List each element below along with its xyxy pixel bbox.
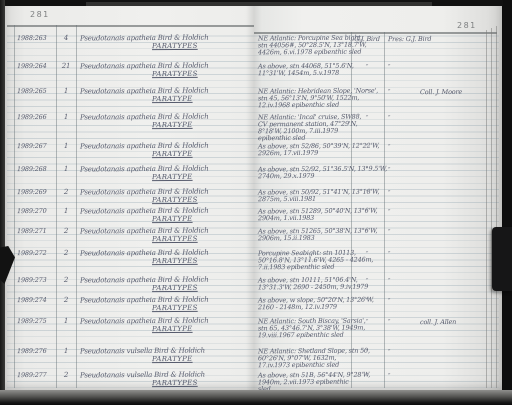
presented-entry: ″ xyxy=(388,229,390,236)
registration-number: 1989:270 xyxy=(17,208,47,215)
desk-surface-bottom xyxy=(0,390,512,405)
presented-entry: ″ xyxy=(388,144,390,151)
collector-entry: ″ xyxy=(352,89,382,96)
registration-number: 1989:275 xyxy=(17,318,47,325)
collector-entry: ″ xyxy=(352,144,382,151)
type-status-label: PARATYPE xyxy=(152,174,193,181)
type-status-label: PARATYPE xyxy=(152,122,193,129)
presented-col-rule xyxy=(384,32,385,388)
margin-note: Coll. J. Moore xyxy=(420,89,462,96)
specimen-count: 2 xyxy=(58,277,74,284)
presented-entry: ″ xyxy=(388,278,390,285)
locality-line: epibenthic sled xyxy=(258,135,305,142)
specimen-count: 2 xyxy=(58,372,74,379)
locality-line: 4426m, 6.vi.1978 epibenthic sled xyxy=(258,49,361,57)
register-photo: 281 281 1988:2634Pseudotanais apatheia B… xyxy=(0,0,512,405)
registration-number: 1989:274 xyxy=(17,297,47,304)
presented-entry: ″ xyxy=(388,373,390,380)
presented-entry: ″ xyxy=(388,190,390,197)
margin-note: coll. J. Allen xyxy=(420,319,456,326)
registration-number: 1989:273 xyxy=(17,277,47,284)
specimen-count: 1 xyxy=(58,166,74,173)
registration-number: 1989:269 xyxy=(17,189,47,196)
presented-entry: ″ xyxy=(388,89,390,96)
specimen-count: 1 xyxy=(58,88,74,95)
collector-entry: ″ xyxy=(352,167,382,174)
registration-number: 1989:272 xyxy=(17,250,47,257)
collector-entry: ″ xyxy=(352,64,382,71)
collector-entry: G.J. Bird xyxy=(352,36,382,43)
specimen-count: 1 xyxy=(58,114,74,121)
count-col-rule-a xyxy=(56,25,57,388)
presented-entry: ″ xyxy=(388,209,390,216)
registration-number: 1989:271 xyxy=(17,228,47,235)
count-col-rule-b xyxy=(76,25,77,388)
type-status-label: PARATYPES xyxy=(152,197,198,204)
collector-entry: ″ xyxy=(352,298,382,305)
registration-number: 1989:267 xyxy=(17,143,47,150)
left-margin-rule xyxy=(14,25,15,388)
collector-entry: ″ xyxy=(352,319,382,326)
specimen-count: 1 xyxy=(58,143,74,150)
specimen-count: 1 xyxy=(58,208,74,215)
presented-entry: ″ xyxy=(388,167,390,174)
locality-line: 2926m, 17.vii.1979 xyxy=(258,150,318,157)
left-page-number: 281 xyxy=(30,10,50,19)
specimen-count: 2 xyxy=(58,189,74,196)
book-top-edge xyxy=(86,2,432,6)
type-status-label: PARATYPES xyxy=(152,380,198,387)
presented-entry: ″ xyxy=(388,64,390,71)
locality-line: 12.iv.1968 epibenthic sled xyxy=(258,102,339,110)
type-status-label: PARATYPE xyxy=(152,326,193,333)
left-header-rule xyxy=(7,25,254,27)
presented-entry: Pres: G.J. Bird xyxy=(388,36,431,43)
specimen-count: 4 xyxy=(58,35,74,42)
collector-entry: ″ xyxy=(352,278,382,285)
type-status-label: PARATYPE xyxy=(152,96,193,103)
locality-line: 2906m, 15.ii.1983 xyxy=(258,235,315,242)
presented-entry: ″ xyxy=(388,319,390,326)
type-status-label: PARATYPE xyxy=(152,356,193,363)
collector-entry: ″ xyxy=(352,190,382,197)
collector-entry: ″ xyxy=(352,209,382,216)
presented-entry: ″ xyxy=(388,298,390,305)
type-status-label: PARATYPE xyxy=(152,216,193,223)
locality-line: 2740m, 29.x.1979 xyxy=(258,173,314,180)
registration-number: 1988:263 xyxy=(17,35,47,42)
specimen-count: 2 xyxy=(58,228,74,235)
locality-line: 1940m, 2.vii.1973 epibenthic xyxy=(258,379,349,387)
page-edge-line xyxy=(486,30,487,388)
type-status-label: PARATYPE xyxy=(152,151,193,158)
registration-number: 1989:268 xyxy=(17,166,47,173)
collector-entry: ″ xyxy=(352,115,382,122)
type-status-label: PARATYPES xyxy=(152,258,198,265)
locality-line: 17.iv.1973 epibenthic sled xyxy=(258,362,339,370)
page-clip-right xyxy=(492,227,512,291)
locality-line: 2875m, 5.viii.1981 xyxy=(258,196,316,203)
locality-line: 19.viii.1967 epibenthic sled xyxy=(258,332,344,340)
specimen-count: 1 xyxy=(58,318,74,325)
page-edge-line xyxy=(496,26,497,388)
background-right xyxy=(503,0,512,405)
type-status-label: PARATYPES xyxy=(152,305,198,312)
page-edge-line xyxy=(491,28,492,388)
registration-number: 1989:277 xyxy=(17,372,47,379)
collector-entry: ″ xyxy=(352,349,382,356)
type-status-label: PARATYPES xyxy=(152,236,198,243)
locality-line: 2160 - 2148m, 12.iv.1979 xyxy=(258,304,337,312)
locality-line: 7.ii.1983 epibenthic sled xyxy=(258,264,334,272)
specimen-count: 21 xyxy=(58,63,74,70)
registration-number: 1989:276 xyxy=(17,348,47,355)
locality-line: 2904m, 1.vii.1983 xyxy=(258,215,314,222)
locality-line: 11°31'W, 1454m, 5.v.1978 xyxy=(258,70,339,78)
registration-number: 1989:264 xyxy=(17,63,47,70)
collector-entry: ″ xyxy=(352,229,382,236)
presented-entry: ″ xyxy=(388,251,390,258)
specimen-count: 1 xyxy=(58,348,74,355)
registration-number: 1989:265 xyxy=(17,88,47,95)
type-status-label: PARATYPES xyxy=(152,285,198,292)
specimen-count: 2 xyxy=(58,250,74,257)
registration-number: 1989:266 xyxy=(17,114,47,121)
collector-entry: ″ xyxy=(352,373,382,380)
background-left xyxy=(0,0,5,405)
collector-entry: ″ xyxy=(352,251,382,258)
presented-entry: ″ xyxy=(388,349,390,356)
type-status-label: PARATYPES xyxy=(152,71,198,78)
type-status-label: PARATYPES xyxy=(152,43,198,50)
specimen-count: 2 xyxy=(58,297,74,304)
presented-entry: ″ xyxy=(388,115,390,122)
right-page-number: 281 xyxy=(457,21,477,30)
